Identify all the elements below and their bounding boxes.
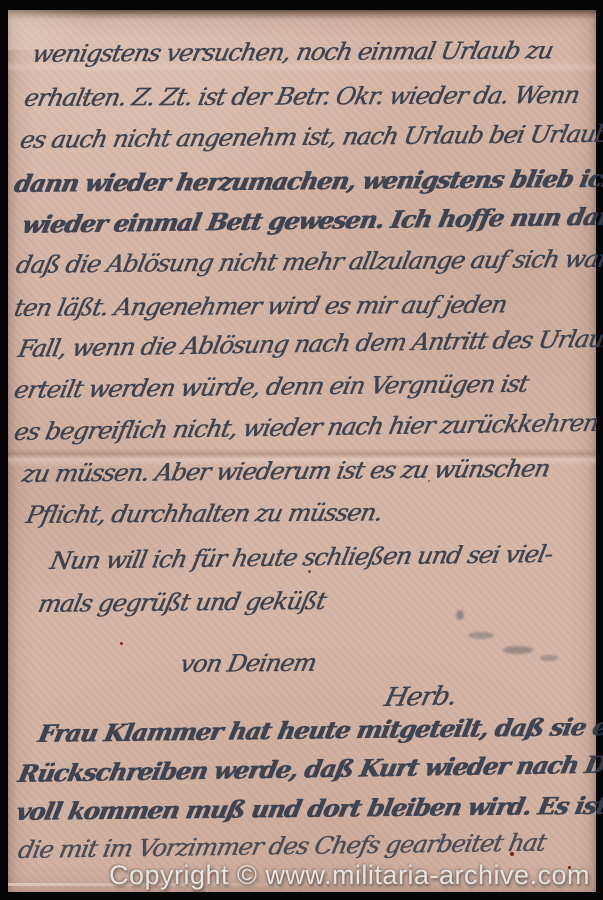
handwritten-line: es begreiflich nicht, wieder nach hier z…: [12, 411, 600, 444]
handwritten-line: voll kommen muß und dort bleiben wird. E…: [14, 793, 603, 824]
letter-paper: wenigstens versuchen, noch einmal Urlaub…: [8, 10, 596, 892]
handwritten-line: Pflicht, durchhalten zu müssen.: [24, 501, 384, 527]
paper-speck: [120, 642, 123, 645]
handwritten-line: wenigstens versuchen, noch einmal Urlaub…: [30, 38, 555, 66]
ink-smudge: [513, 130, 523, 135]
handwritten-line: ten läßt. Angenehmer wird es mir auf jed…: [12, 293, 508, 320]
paper-speck: [218, 270, 220, 272]
ink-smudge: [540, 655, 558, 661]
paper-speck: [428, 480, 430, 482]
handwritten-line: Fall, wenn die Ablösung nach dem Antritt…: [16, 326, 603, 361]
handwritten-line: mals gegrüßt und geküßt: [36, 589, 327, 616]
paper-speck: [510, 852, 514, 856]
handwritten-line: die mit im Vorzimmer des Chefs gearbeite…: [16, 831, 548, 862]
handwritten-line: Frau Klammer hat heute mitgeteilt, daß s…: [36, 715, 603, 746]
handwritten-line: Nun will ich für heute schließen und sei…: [48, 542, 554, 573]
paper-speck: [83, 96, 86, 99]
scanned-letter-photo: wenigstens versuchen, noch einmal Urlaub…: [0, 0, 603, 900]
paper-speck: [308, 570, 311, 573]
handwritten-line: erteilt werden würde, denn ein Vergnügen…: [12, 372, 530, 402]
handwritten-line: es auch nicht angenehm ist, nach Urlaub …: [18, 122, 603, 152]
closing-line: von Deinem: [178, 651, 318, 676]
ink-smudge: [456, 610, 464, 620]
handwritten-line: daß die Ablösung nicht mehr allzulange a…: [14, 247, 603, 277]
handwritten-line: zu müssen. Aber wiederum ist es zu wünsc…: [20, 457, 551, 486]
copyright-watermark: Copyright © www.militaria-archive.com: [109, 860, 590, 891]
handwritten-line: Rückschreiben werde, daß Kurt wieder nac…: [16, 751, 603, 786]
signature: Herb.: [382, 684, 459, 711]
handwritten-line: wieder einmal Bett gewesen. Ich hoffe nu…: [20, 204, 603, 237]
paper-speck: [556, 334, 559, 337]
handwritten-line: dann wieder herzumachen, wenigstens blie…: [12, 166, 603, 196]
handwritten-line: erhalten. Z. Zt. ist der Betr. Okr. wied…: [22, 83, 581, 110]
ink-smudge: [503, 646, 533, 654]
ink-smudge: [468, 632, 494, 639]
